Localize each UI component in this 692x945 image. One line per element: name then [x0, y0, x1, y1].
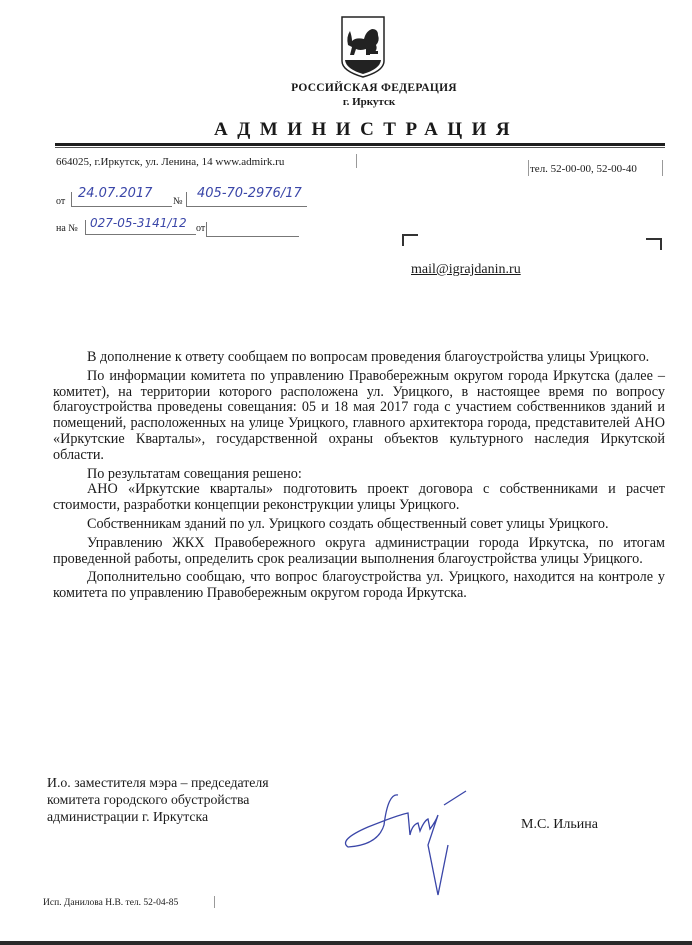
executor-info: Исп. Данилова Н.В. тел. 52-04-85: [43, 898, 178, 908]
recipient-email: mail@igrajdanin.ru: [411, 262, 521, 278]
address-line: 664025, г.Иркутск, ул. Ленина, 14 www.ad…: [56, 156, 284, 168]
paragraph: По информации комитета по управлению Пра…: [53, 369, 665, 464]
title-line: администрации г. Иркутска: [47, 808, 269, 825]
country-name: РОССИЙСКАЯ ФЕДЕРАЦИЯ: [0, 82, 692, 94]
phone-line: тел. 52-00-00, 52-00-40: [530, 163, 637, 175]
date-field: 24.07.2017: [71, 192, 172, 207]
header-rule: [55, 143, 665, 146]
divider: [662, 160, 663, 176]
reply-number-field: 027-05-3141/12: [85, 220, 196, 235]
divider: [528, 160, 529, 176]
date-value: 24.07.2017: [78, 186, 152, 201]
paragraph: АНО «Иркутские кварталы» подготовить про…: [53, 482, 665, 514]
paragraph: По результатам совещания решено:: [53, 467, 665, 483]
reply-date-label: от: [196, 223, 205, 234]
letter-body: В дополнение к ответу сообщаем по вопрос…: [53, 350, 665, 605]
signatory-title: И.о. заместителя мэра – председателя ком…: [47, 774, 269, 825]
divider: [214, 896, 215, 908]
paragraph: Дополнительно сообщаю, что вопрос благоу…: [53, 570, 665, 602]
coat-of-arms-icon: [340, 15, 386, 79]
address-corner-mark: [402, 234, 418, 246]
handwritten-signature-icon: [338, 785, 468, 905]
number-label: №: [173, 196, 183, 207]
city-name: г. Иркутск: [0, 96, 692, 108]
title-line: И.о. заместителя мэра – председателя: [47, 774, 269, 791]
signatory-name: М.С. Ильина: [521, 817, 598, 833]
reply-date-field: [206, 222, 299, 237]
number-value: 405-70-2976/17: [197, 186, 302, 201]
reply-label: на №: [56, 223, 78, 234]
number-field: 405-70-2976/17: [186, 192, 307, 207]
paragraph: Собственникам зданий по ул. Урицкого соз…: [53, 517, 665, 533]
organization-title: АДМИНИСТРАЦИЯ: [214, 119, 519, 141]
header-rule-thin: [55, 147, 665, 148]
address-corner-mark: [646, 238, 662, 250]
page-edge: [0, 941, 692, 945]
paragraph: Управлению ЖКХ Правобережного округа адм…: [53, 536, 665, 568]
divider: [356, 154, 357, 168]
from-label: от: [56, 196, 65, 207]
title-line: комитета городского обустройства: [47, 791, 269, 808]
reply-number-value: 027-05-3141/12: [90, 216, 187, 230]
paragraph: В дополнение к ответу сообщаем по вопрос…: [53, 350, 665, 366]
